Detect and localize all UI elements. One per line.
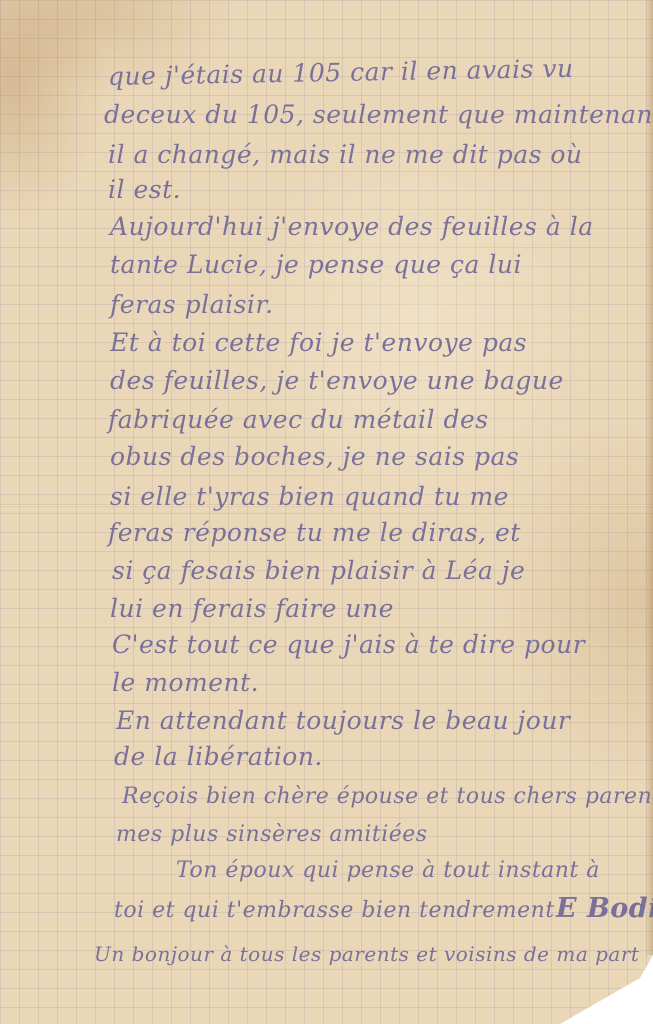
letter-line: Et à toi cette foi je t'envoye pas — [110, 328, 527, 357]
letter-line: En attendant toujours le beau jour — [116, 706, 570, 735]
letter-line: deceux du 105, seulement que maintenant — [104, 100, 653, 129]
letter-line: feras plaisir. — [110, 290, 274, 319]
letter-line: tante Lucie, je pense que ça lui — [110, 250, 522, 279]
letter-line: des feuilles, je t'envoye une bague — [110, 366, 564, 395]
signature: E Bodin — [556, 893, 653, 924]
letter-line: si elle t'yras bien quand tu me — [110, 482, 509, 511]
letter-line: fabriquée avec du métail des — [108, 405, 489, 434]
letter-line: il est. — [108, 175, 181, 204]
letter-line: toi et qui t'embrasse bien tendrement — [114, 898, 555, 923]
letter-line: que j'étais au 105 car il en avais vu — [108, 54, 574, 91]
handwritten-letter-page: que j'étais au 105 car il en avais vu de… — [0, 0, 653, 1024]
letter-line: mes plus sinsères amitiées — [116, 822, 428, 847]
letter-line: si ça fesais bien plaisir à Léa je — [112, 556, 525, 585]
letter-line: Ton époux qui pense à tout instant à — [176, 858, 600, 883]
letter-line: feras réponse tu me le diras, et — [108, 518, 521, 547]
letter-postscript: Un bonjour à tous les parents et voisins… — [94, 942, 639, 966]
letter-line: il a changé, mais il ne me dit pas où — [108, 140, 583, 169]
letter-line: le moment. — [112, 668, 259, 697]
letter-line: Reçois bien chère épouse et tous chers p… — [122, 784, 653, 809]
letter-line: obus des boches, je ne sais pas — [110, 442, 519, 471]
letter-line: de la libération. — [114, 742, 323, 771]
letter-line: lui en ferais faire une — [110, 594, 394, 623]
letter-line: Aujourd'hui j'envoye des feuilles à la — [110, 212, 594, 241]
letter-line: C'est tout ce que j'ais à te dire pour — [112, 630, 585, 659]
